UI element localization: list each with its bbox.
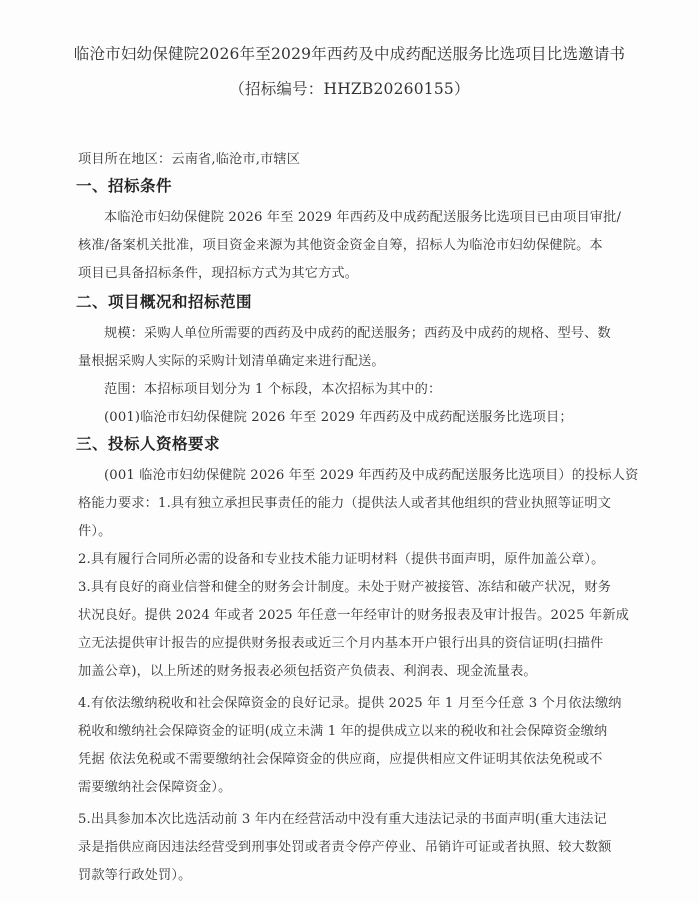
- region-line: 项目所在地区：云南省,临沧市,市辖区: [78, 148, 638, 167]
- section-heading-2: 二、项目概况和招标范围: [76, 290, 252, 312]
- paragraph-line: (001 临沧市妇幼保健院 2026 年至 2029 年西药及中成药配送服务比选…: [104, 464, 664, 483]
- paragraph-line: 3.具有良好的商业信誉和健全的财务会计制度。未处于财产被接管、冻结和破产状况，财…: [78, 576, 638, 595]
- paragraph-line: 范围：本招标项目划分为 1 个标段，本次招标为其中的：: [104, 378, 664, 397]
- paragraph-line: 核准/备案机关批准，项目资金来源为其他资金资金自筹，招标人为临沧市妇幼保健院。本: [78, 234, 638, 253]
- paragraph-line: 4.有依法缴纳税收和社会保障资金的良好记录。提供 2025 年 1 月至今任意 …: [78, 692, 638, 711]
- document-page: 临沧市妇幼保健院2026年至2029年西药及中成药配送服务比选项目比选邀请书 （…: [0, 0, 699, 903]
- paragraph-line: 量根据采购人实际的采购计划清单确定来进行配送。: [78, 350, 638, 369]
- paragraph-line: 罚款等行政处罚）。: [78, 864, 638, 883]
- paragraph-line: 录是指供应商因违法经营受到刑事处罚或者责令停产停业、吊销许可证或者执照、较大数额: [78, 836, 638, 855]
- paragraph-line: 2.具有履行合同所必需的设备和专业技术能力证明材料（提供书面声明，原件加盖公章）…: [78, 548, 638, 567]
- document-title: 临沧市妇幼保健院2026年至2029年西药及中成药配送服务比选项目比选邀请书: [0, 42, 699, 64]
- paragraph-line: 凭据 依法免税或不需要缴纳社会保障资金的供应商，应提供相应文件证明其依法免税或不: [78, 748, 638, 767]
- paragraph-line: 格能力要求：1.具有独立承担民事责任的能力（提供法人或者其他组织的营业执照等证明…: [78, 492, 638, 511]
- section-heading-3: 三、投标人资格要求: [76, 432, 220, 454]
- paragraph-line: 件）。: [78, 520, 638, 539]
- paragraph-line: 需要缴纳社会保障资金）。: [78, 776, 638, 795]
- paragraph-line: 规模：采购人单位所需要的西药及中成药的配送服务；西药及中成药的规格、型号、数: [104, 322, 664, 341]
- paragraph-line: 税收和缴纳社会保障资金的证明(成立未满 1 年的提供成立以来的税收和社会保障资金…: [78, 720, 638, 739]
- paragraph-line: 5.出具参加本次比选活动前 3 年内在经营活动中没有重大违法记录的书面声明(重大…: [78, 808, 638, 827]
- section-heading-1: 一、招标条件: [76, 174, 172, 196]
- tender-number: （招标编号：HHZB20260155）: [0, 77, 699, 99]
- paragraph-line: 加盖公章)，以上所述的财务报表必须包括资产负债表、利润表、现金流量表。: [78, 660, 638, 679]
- paragraph-line: 本临沧市妇幼保健院 2026 年至 2029 年西药及中成药配送服务比选项目已由…: [104, 206, 664, 225]
- paragraph-line: (001)临沧市妇幼保健院 2026 年至 2029 年西药及中成药配送服务比选…: [104, 406, 664, 425]
- paragraph-line: 立无法提供审计报告的应提供财务报表或近三个月内基本开户银行出具的资信证明(扫描件: [78, 632, 638, 651]
- paragraph-line: 状况良好。提供 2024 年或者 2025 年任意一年经审计的财务报表及审计报告…: [78, 604, 638, 623]
- paragraph-line: 项目已具备招标条件，现招标方式为其它方式。: [78, 262, 638, 281]
